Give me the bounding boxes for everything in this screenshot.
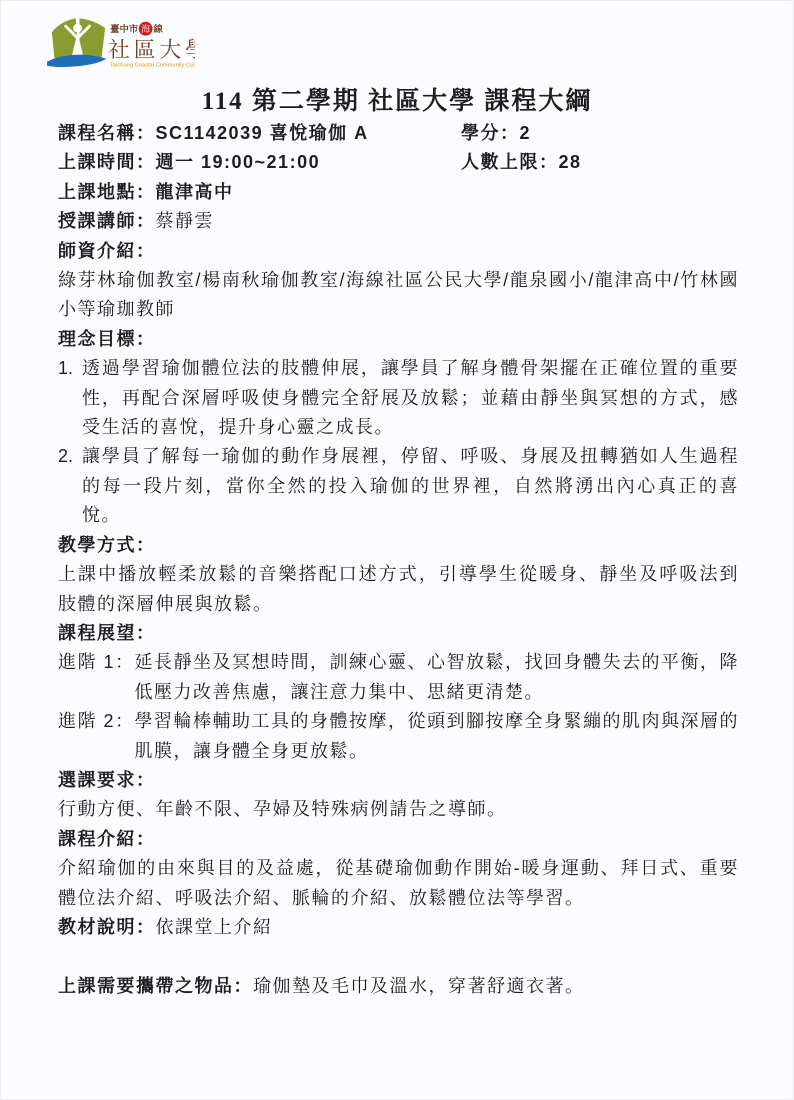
course-name-label: 課程名稱：: [58, 123, 156, 143]
logo: 臺中市 海 線 社區大學 Taichung Coastal Community …: [45, 15, 195, 73]
syllabus-content: 課程名稱：SC1142039 喜悅瑜伽 A 學分：2 上課時間：週一 19:00…: [58, 119, 739, 1001]
course-outlook-label: 課程展望：: [58, 619, 739, 648]
goals-item-2-text: 讓學員了解每一瑜伽的動作身展裡，停留、呼吸、身展及扭轉猶如人生過程的每一段片刻，…: [82, 442, 739, 530]
course-name-value: SC1142039 喜悅瑜伽 A: [156, 123, 369, 143]
course-intro-body: 介紹瑜伽的由來與目的及益處，從基礎瑜伽動作開始-暖身運動、拜日式、重要體位法介紹…: [58, 854, 739, 913]
logo-org-circle-char: 海: [141, 23, 150, 34]
logo-org-name: 社區大學: [108, 38, 195, 62]
time-row: 上課時間：週一 19:00~21:00 人數上限：28: [58, 148, 739, 177]
goals-item-1: 1. 透過學習瑜伽體位法的肢體伸展，讓學員了解身體骨架擺在正確位置的重要性，再配…: [58, 354, 739, 442]
course-name-row: 課程名稱：SC1142039 喜悅瑜伽 A 學分：2: [58, 119, 739, 148]
teaching-method-body: 上課中播放輕柔放鬆的音樂搭配口述方式，引導學生從暖身、靜坐及呼吸法到肢體的深層伸…: [58, 560, 739, 619]
logo-org-english: Taichung Coastal Community College: [110, 63, 195, 69]
location-row: 上課地點：龍津高中: [58, 178, 739, 207]
enrollment-req-body: 行動方便、年齡不限、孕婦及特殊病例請告之導師。: [58, 795, 739, 824]
materials-label: 教材說明：: [58, 917, 156, 937]
teaching-method-label: 教學方式：: [58, 531, 739, 560]
course-intro-label: 課程介紹：: [58, 825, 739, 854]
instructor-value: 蔡靜雲: [156, 211, 215, 231]
items-to-bring-label: 上課需要攜帶之物品：: [58, 976, 253, 996]
logo-org-suffix: 線: [153, 23, 164, 34]
outlook-item-1: 進階 1： 延長靜坐及冥想時間，訓練心靈、心智放鬆，找回身體失去的平衡，降低壓力…: [58, 648, 739, 707]
outlook-item-1-prefix: 進階 1：: [58, 648, 135, 707]
outlook-item-2-text: 學習輪棒輔助工具的身體按摩，從頭到腳按摩全身緊繃的肌肉與深層的肌膜，讓身體全身更…: [135, 707, 739, 766]
capacity-label: 人數上限：: [461, 152, 559, 172]
faculty-intro-label: 師資介紹：: [58, 237, 739, 266]
materials-row: 教材說明：依課堂上介紹: [58, 913, 739, 942]
logo-book-icon: 臺中市 海 線 社區大學 Taichung Coastal Community …: [45, 15, 195, 73]
instructor-row: 授課講師：蔡靜雲: [58, 207, 739, 236]
capacity-field: 人數上限：28: [461, 148, 582, 177]
outlook-item-1-text: 延長靜坐及冥想時間，訓練心靈、心智放鬆，找回身體失去的平衡，降低壓力改善焦慮，讓…: [135, 648, 739, 707]
page-title: 114 第二學期 社區大學 課程大綱: [1, 81, 793, 117]
location-value: 龍津高中: [156, 182, 234, 202]
credits-field: 學分：2: [461, 119, 531, 148]
items-to-bring-row: 上課需要攜帶之物品：瑜伽墊及毛巾及溫水，穿著舒適衣著。: [58, 972, 739, 1001]
faculty-intro-body: 綠芽林瑜伽教室/楊南秋瑜伽教室/海線社區公民大學/龍泉國小/龍津高中/竹林國小等…: [58, 266, 739, 325]
goals-label: 理念目標：: [58, 325, 739, 354]
goals-item-1-number: 1.: [58, 354, 82, 442]
time-value: 週一 19:00~21:00: [156, 152, 321, 172]
items-to-bring-value: 瑜伽墊及毛巾及溫水，穿著舒適衣著。: [253, 976, 585, 996]
goals-item-2: 2. 讓學員了解每一瑜伽的動作身展裡，停留、呼吸、身展及扭轉猶如人生過程的每一段…: [58, 442, 739, 530]
goals-item-1-text: 透過學習瑜伽體位法的肢體伸展，讓學員了解身體骨架擺在正確位置的重要性，再配合深層…: [82, 354, 739, 442]
time-label: 上課時間：: [58, 152, 156, 172]
spacer: [58, 942, 739, 971]
outlook-item-2: 進階 2： 學習輪棒輔助工具的身體按摩，從頭到腳按摩全身緊繃的肌肉與深層的肌膜，…: [58, 707, 739, 766]
goals-item-2-number: 2.: [58, 442, 82, 530]
materials-value: 依課堂上介紹: [156, 917, 273, 937]
instructor-label: 授課講師：: [58, 211, 156, 231]
credits-label: 學分：: [461, 123, 520, 143]
syllabus-page: 臺中市 海 線 社區大學 Taichung Coastal Community …: [0, 0, 794, 1100]
credits-value: 2: [520, 123, 532, 143]
logo-org-prefix: 臺中市: [110, 23, 139, 34]
enrollment-req-label: 選課要求：: [58, 766, 739, 795]
location-label: 上課地點：: [58, 182, 156, 202]
capacity-value: 28: [559, 152, 582, 172]
outlook-item-2-prefix: 進階 2：: [58, 707, 135, 766]
